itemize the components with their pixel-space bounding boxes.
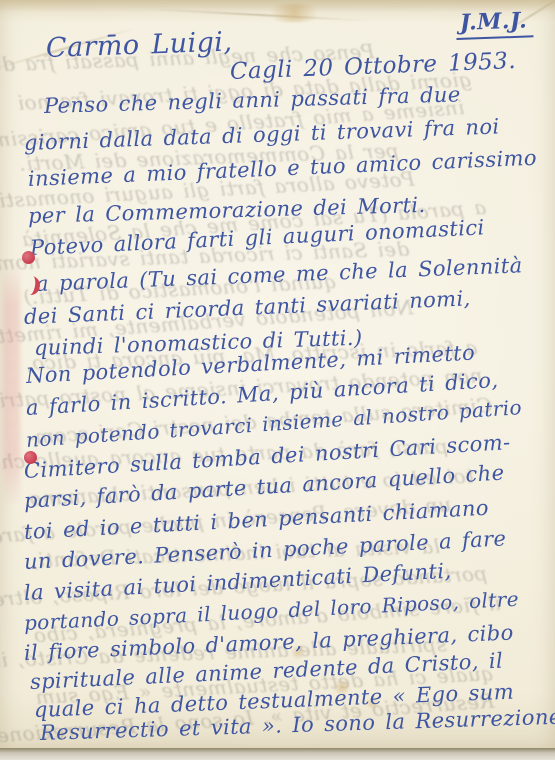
letter-page: Penso che negli anni passati fra duegior… [0,0,555,752]
red-ink-dot-mark [24,451,37,464]
pink-edge-stain [3,262,20,506]
monogram-jmj: J.M.J. [455,7,533,40]
scan-background-strip [0,748,555,760]
paper-stain [262,4,326,22]
red-ink-dot-mark [22,251,35,264]
salutation: Carm̄o Luigi, [45,27,232,64]
